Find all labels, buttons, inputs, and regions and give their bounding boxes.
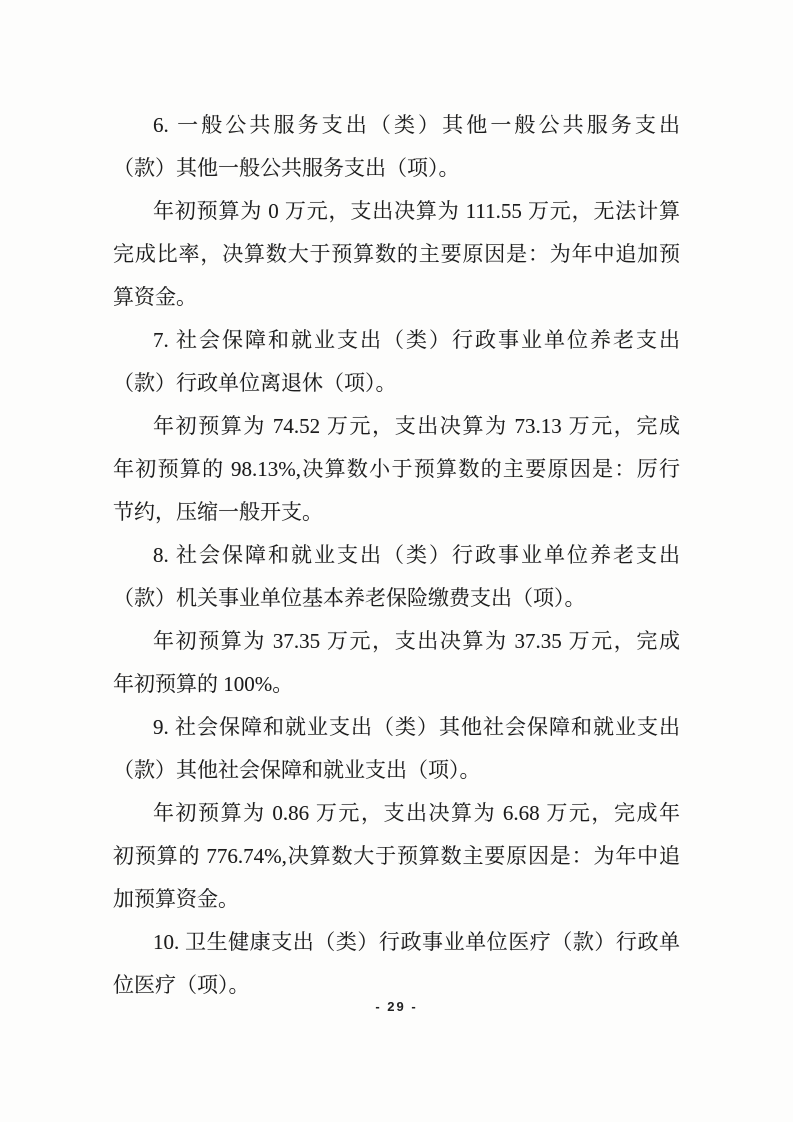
text-line: （款）其他社会保障和就业支出（项）。 [113, 749, 680, 792]
text-line: 10. 卫生健康支出（类）行政事业单位医疗（款）行政单 [113, 921, 680, 964]
text-line: 加预算资金。 [113, 878, 680, 921]
text-line: 年初预算为 0.86 万元，支出决算为 6.68 万元，完成年 [113, 792, 680, 835]
text-line: 7. 社会保障和就业支出（类）行政事业单位养老支出 [113, 319, 680, 362]
paragraph-item-8-detail: 年初预算为 37.35 万元，支出决算为 37.35 万元，完成年初预算的 10… [113, 620, 680, 706]
paragraph-item-10: 10. 卫生健康支出（类）行政事业单位医疗（款）行政单位医疗（项）。 [113, 921, 680, 1007]
text-line: 初预算的 776.74%,决算数大于预算数主要原因是：为年中追 [113, 835, 680, 878]
text-line: 9. 社会保障和就业支出（类）其他社会保障和就业支出 [113, 706, 680, 749]
text-line: 算资金。 [113, 276, 680, 319]
text-line: 年初预算为 37.35 万元，支出决算为 37.35 万元，完成 [113, 620, 680, 663]
text-line: 年初预算为 0 万元，支出决算为 111.55 万元，无法计算 [113, 190, 680, 233]
paragraph-item-7: 7. 社会保障和就业支出（类）行政事业单位养老支出（款）行政单位离退休（项）。 [113, 319, 680, 405]
paragraph-item-8: 8. 社会保障和就业支出（类）行政事业单位养老支出（款）机关事业单位基本养老保险… [113, 534, 680, 620]
paragraph-item-9-detail: 年初预算为 0.86 万元，支出决算为 6.68 万元，完成年初预算的 776.… [113, 792, 680, 921]
paragraph-item-9: 9. 社会保障和就业支出（类）其他社会保障和就业支出（款）其他社会保障和就业支出… [113, 706, 680, 792]
text-line: 节约，压缩一般开支。 [113, 491, 680, 534]
text-line: （款）行政单位离退休（项）。 [113, 362, 680, 405]
text-line: 6. 一般公共服务支出（类）其他一般公共服务支出 [113, 104, 680, 147]
document-page: 6. 一般公共服务支出（类）其他一般公共服务支出（款）其他一般公共服务支出（项）… [0, 0, 793, 1122]
text-line: 完成比率，决算数大于预算数的主要原因是：为年中追加预 [113, 233, 680, 276]
paragraph-item-6-detail: 年初预算为 0 万元，支出决算为 111.55 万元，无法计算完成比率，决算数大… [113, 190, 680, 319]
text-line: 8. 社会保障和就业支出（类）行政事业单位养老支出 [113, 534, 680, 577]
paragraph-item-6: 6. 一般公共服务支出（类）其他一般公共服务支出（款）其他一般公共服务支出（项）… [113, 104, 680, 190]
document-body: 6. 一般公共服务支出（类）其他一般公共服务支出（款）其他一般公共服务支出（项）… [113, 104, 680, 1007]
text-line: 年初预算的 100%。 [113, 663, 680, 706]
paragraph-item-7-detail: 年初预算为 74.52 万元，支出决算为 73.13 万元，完成年初预算的 98… [113, 405, 680, 534]
text-line: 年初预算为 74.52 万元，支出决算为 73.13 万元，完成 [113, 405, 680, 448]
text-line: （款）机关事业单位基本养老保险缴费支出（项）。 [113, 577, 680, 620]
text-line: （款）其他一般公共服务支出（项）。 [113, 147, 680, 190]
page-number: - 29 - [0, 999, 793, 1014]
text-line: 年初预算的 98.13%,决算数小于预算数的主要原因是：厉行 [113, 448, 680, 491]
